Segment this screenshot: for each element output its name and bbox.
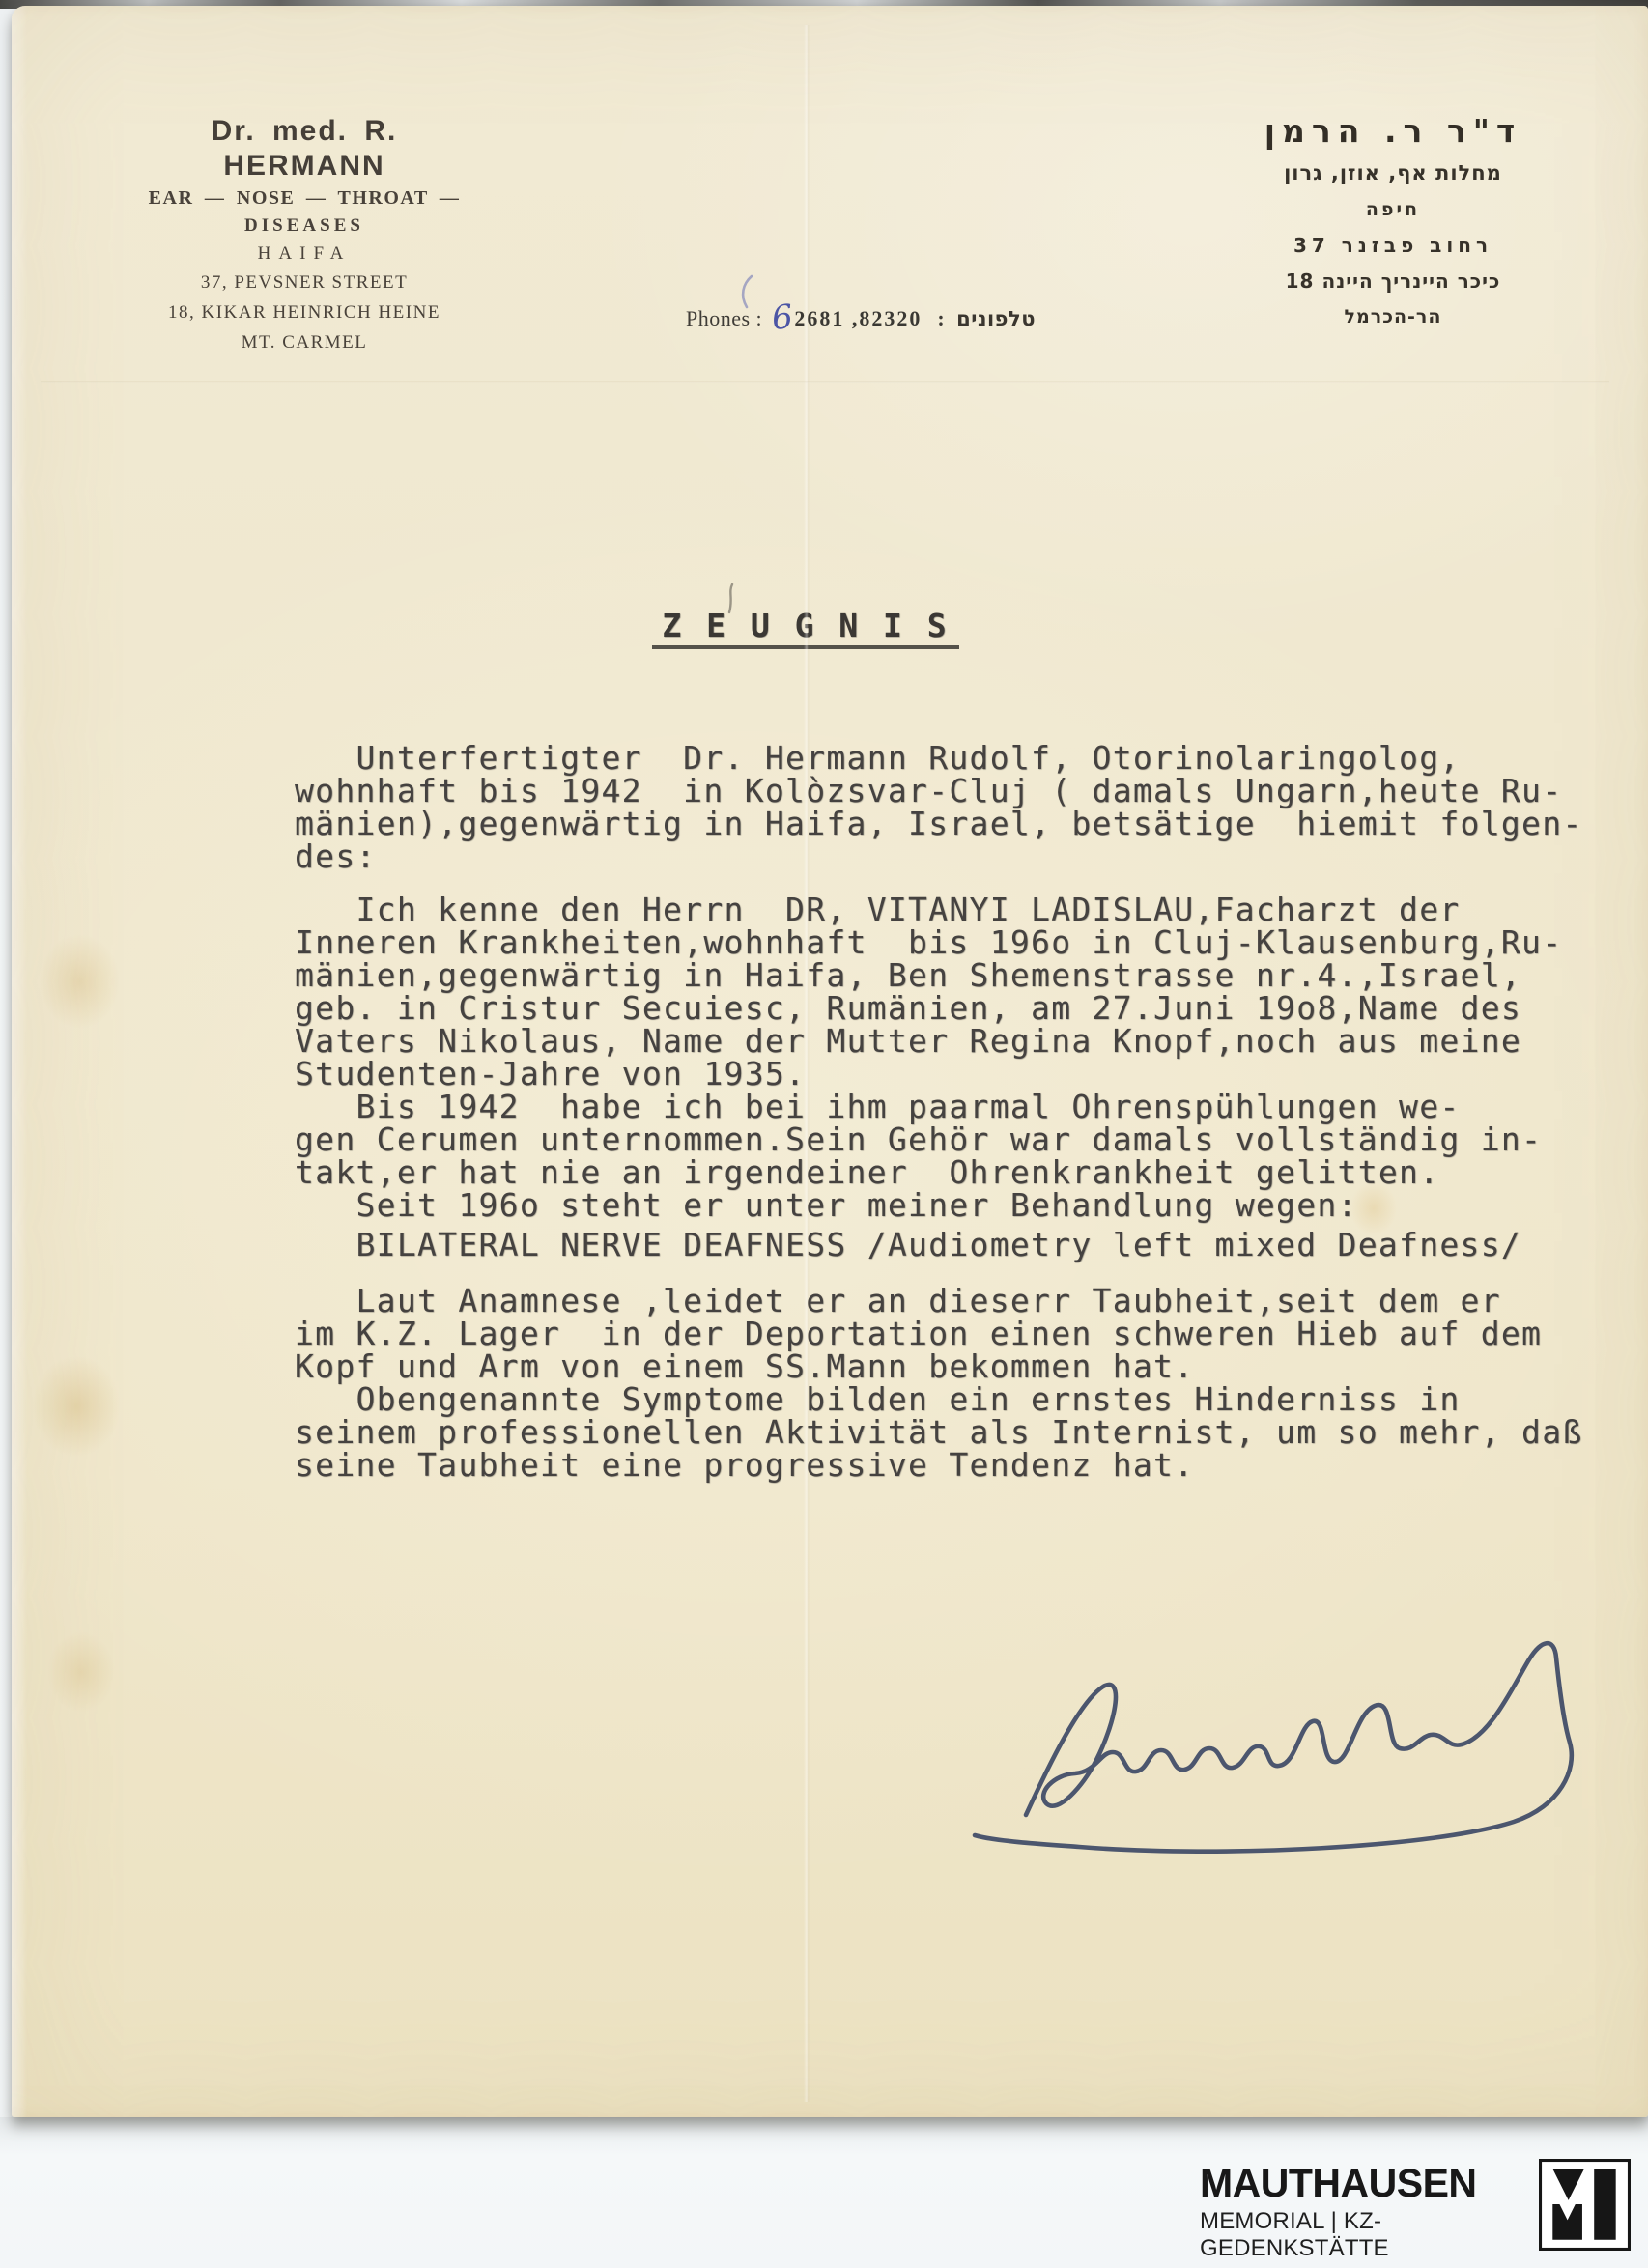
letterhead-address-2: 18, KIKAR HEINRICH HEINE	[126, 298, 483, 327]
body-line: gen Cerumen unternommen.Sein Gehör war d…	[295, 1123, 1583, 1156]
phone-numbers: 2681 ,82320	[794, 306, 922, 330]
paper-stain	[33, 1614, 129, 1730]
address-3-hebrew: הר-הכרמל	[1205, 305, 1581, 328]
body-line: seine Taubheit eine progressive Tendenz …	[295, 1449, 1583, 1482]
specialty-line: EAR — NOSE — THROAT —	[126, 184, 483, 213]
body-line: mänien),gegenwärtig in Haifa, Israel, be…	[295, 808, 1583, 840]
paper-stain	[14, 1334, 139, 1479]
stray-pen-mark	[736, 274, 761, 309]
letterhead-address-1: 37, PEVSNER STREET	[126, 268, 483, 298]
body-line: im K.Z. Lager in der Deportation einen s…	[295, 1318, 1583, 1350]
body-line: mänien,gegenwärtig in Haifa, Ben Shemens…	[295, 959, 1583, 992]
doctor-name: Dr. med. R. HERMANN	[126, 114, 483, 184]
paragraph: Unterfertigter Dr. Hermann Rudolf, Otori…	[295, 742, 1583, 873]
body-line: Studenten-Jahre von 1935.	[295, 1058, 1583, 1091]
body-line: Unterfertigter Dr. Hermann Rudolf, Otori…	[295, 742, 1583, 775]
letterhead-left: Dr. med. R. HERMANN EAR — NOSE — THROAT …	[126, 114, 483, 357]
horizontal-fold-crease	[41, 381, 1609, 383]
paragraph: Laut Anamnese ,leidet er an dieserr Taub…	[295, 1285, 1583, 1383]
paragraph: Bis 1942 habe ich bei ihm paarmal Ohrens…	[295, 1091, 1583, 1222]
letterhead-city: HAIFA	[126, 240, 483, 268]
address-2-hebrew: כיכר היינריך היינה 18	[1205, 269, 1581, 293]
letter-title: Z E U G N I S	[652, 609, 959, 649]
specialty-line-2: DISEASES	[126, 213, 483, 240]
body-line: Laut Anamnese ,leidet er an dieserr Taub…	[295, 1285, 1583, 1318]
memorial-brand-subtitle: MEMORIAL | KZ-GEDENKSTÄTTE	[1200, 2208, 1519, 2262]
body-line: wohnhaft bis 1942 in Kolòzsvar-Cluj ( da…	[295, 775, 1583, 808]
paragraph: Ich kenne den Herrn DR, VITANYI LADISLAU…	[295, 893, 1583, 1091]
phones-label-en: Phones :	[686, 306, 762, 330]
letter-body: Unterfertigter Dr. Hermann Rudolf, Otori…	[295, 742, 1583, 1482]
mauthausen-logo-icon	[1539, 2159, 1631, 2251]
body-line: Bis 1942 habe ich bei ihm paarmal Ohrens…	[295, 1091, 1583, 1123]
body-line: Inneren Krankheiten,wohnhaft bis 196o in…	[295, 926, 1583, 959]
body-line: takt,er hat nie an irgendeiner Ohrenkran…	[295, 1156, 1583, 1189]
diagnosis-line: BILATERAL NERVE DEAFNESS /Audiometry lef…	[295, 1229, 1583, 1262]
scanned-document-page: { "letterhead": { "left": { "name": "Dr.…	[0, 0, 1648, 2268]
city-hebrew: חיפה	[1205, 198, 1581, 221]
specialty-hebrew: מחלות אף, אוזן, גרון	[1205, 160, 1581, 185]
phones-colon: :	[937, 306, 945, 330]
handwritten-digit: 6	[770, 298, 795, 338]
letterhead-right-hebrew: ד"ר ר. הרמן מחלות אף, אוזן, גרון חיפה רח…	[1205, 110, 1581, 328]
body-line: geb. in Cristur Secuiesc, Rumänien, am 2…	[295, 992, 1583, 1025]
letterhead-address-3: MT. CARMEL	[126, 327, 483, 357]
paper-stain	[21, 914, 137, 1049]
memorial-brand: MAUTHAUSEN MEMORIAL | KZ-GEDENKSTÄTTE	[1200, 2162, 1519, 2262]
body-line: Ich kenne den Herrn DR, VITANYI LADISLAU…	[295, 893, 1583, 926]
handwritten-signature	[934, 1617, 1630, 1868]
paragraph: Obengenannte Symptome bilden ein ernstes…	[295, 1383, 1583, 1482]
phones-label-hebrew: טלפונים	[956, 307, 1036, 330]
body-line: des:	[295, 840, 1583, 873]
body-line: Seit 196o steht er unter meiner Behandlu…	[295, 1189, 1583, 1222]
address-1-hebrew: רחוב פבזנר 37	[1205, 234, 1581, 257]
body-line: Kopf und Arm von einem SS.Mann bekommen …	[295, 1350, 1583, 1383]
body-line: Obengenannte Symptome bilden ein ernstes…	[295, 1383, 1583, 1416]
body-line: BILATERAL NERVE DEAFNESS /Audiometry lef…	[295, 1229, 1583, 1262]
body-line: seinem professionellen Aktivität als Int…	[295, 1416, 1583, 1449]
doctor-name-hebrew: ד"ר ר. הרמן	[1205, 110, 1581, 153]
memorial-brand-name: MAUTHAUSEN	[1200, 2162, 1519, 2204]
body-line: Vaters Nikolaus, Name der Mutter Regina …	[295, 1025, 1583, 1058]
letter-paper: Dr. med. R. HERMANN EAR — NOSE — THROAT …	[12, 6, 1648, 2117]
